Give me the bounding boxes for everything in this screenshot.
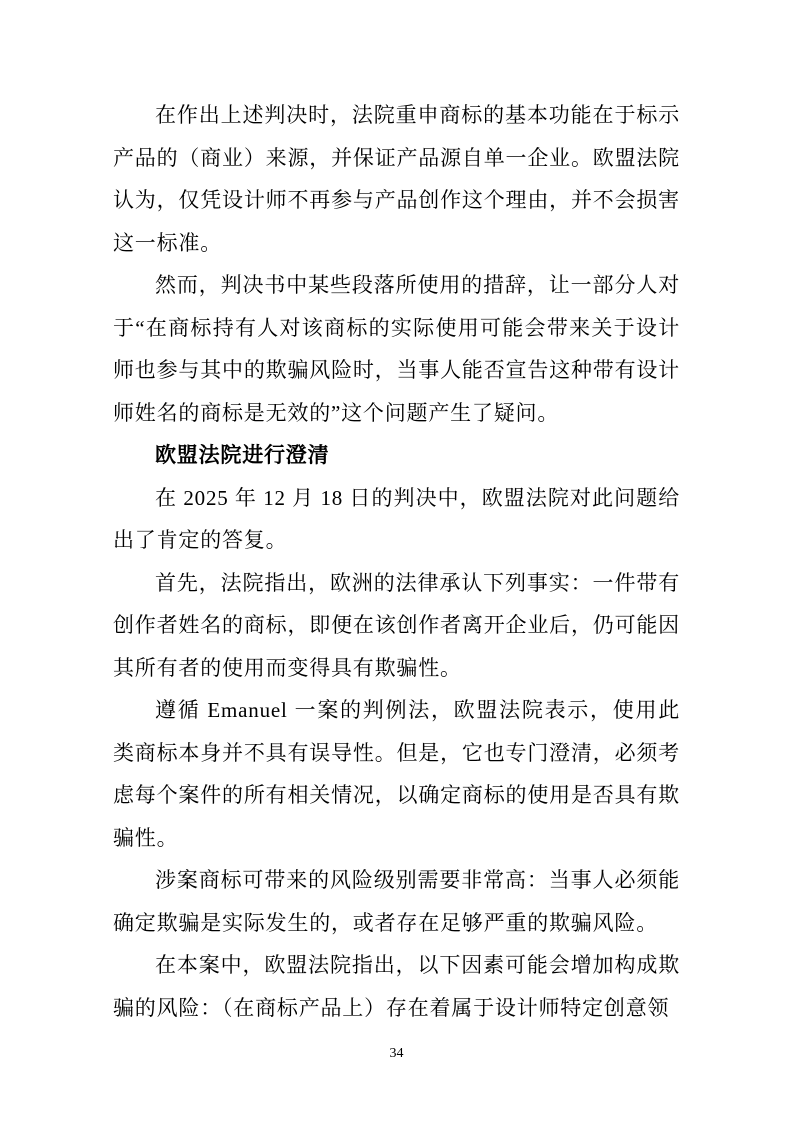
body-paragraph: 在作出上述判决时，法院重申商标的基本功能在于标示产品的（商业）来源，并保证产品源… (113, 94, 680, 264)
body-paragraph: 然而，判决书中某些段落所使用的措辞，让一部分人对于“在商标持有人对该商标的实际使… (113, 264, 680, 434)
body-paragraph: 首先，法院指出，欧洲的法律承认下列事实：一件带有创作者姓名的商标，即便在该创作者… (113, 562, 680, 690)
page-number: 34 (390, 1046, 404, 1061)
page-footer: 34 (0, 1044, 793, 1064)
body-paragraph: 遵循 Emanuel 一案的判例法，欧盟法院表示，使用此类商标本身并不具有误导性… (113, 689, 680, 859)
section-heading: 欧盟法院进行澄清 (113, 434, 680, 477)
document-page: 在作出上述判决时，法院重申商标的基本功能在于标示产品的（商业）来源，并保证产品源… (0, 0, 793, 1122)
document-body: 在作出上述判决时，法院重申商标的基本功能在于标示产品的（商业）来源，并保证产品源… (113, 94, 680, 1029)
body-paragraph: 在本案中，欧盟法院指出，以下因素可能会增加构成欺骗的风险：（在商标产品上）存在着… (113, 944, 680, 1029)
body-paragraph: 涉案商标可带来的风险级别需要非常高：当事人必须能确定欺骗是实际发生的，或者存在足… (113, 859, 680, 944)
body-paragraph: 在 2025 年 12 月 18 日的判决中，欧盟法院对此问题给出了肯定的答复。 (113, 477, 680, 562)
